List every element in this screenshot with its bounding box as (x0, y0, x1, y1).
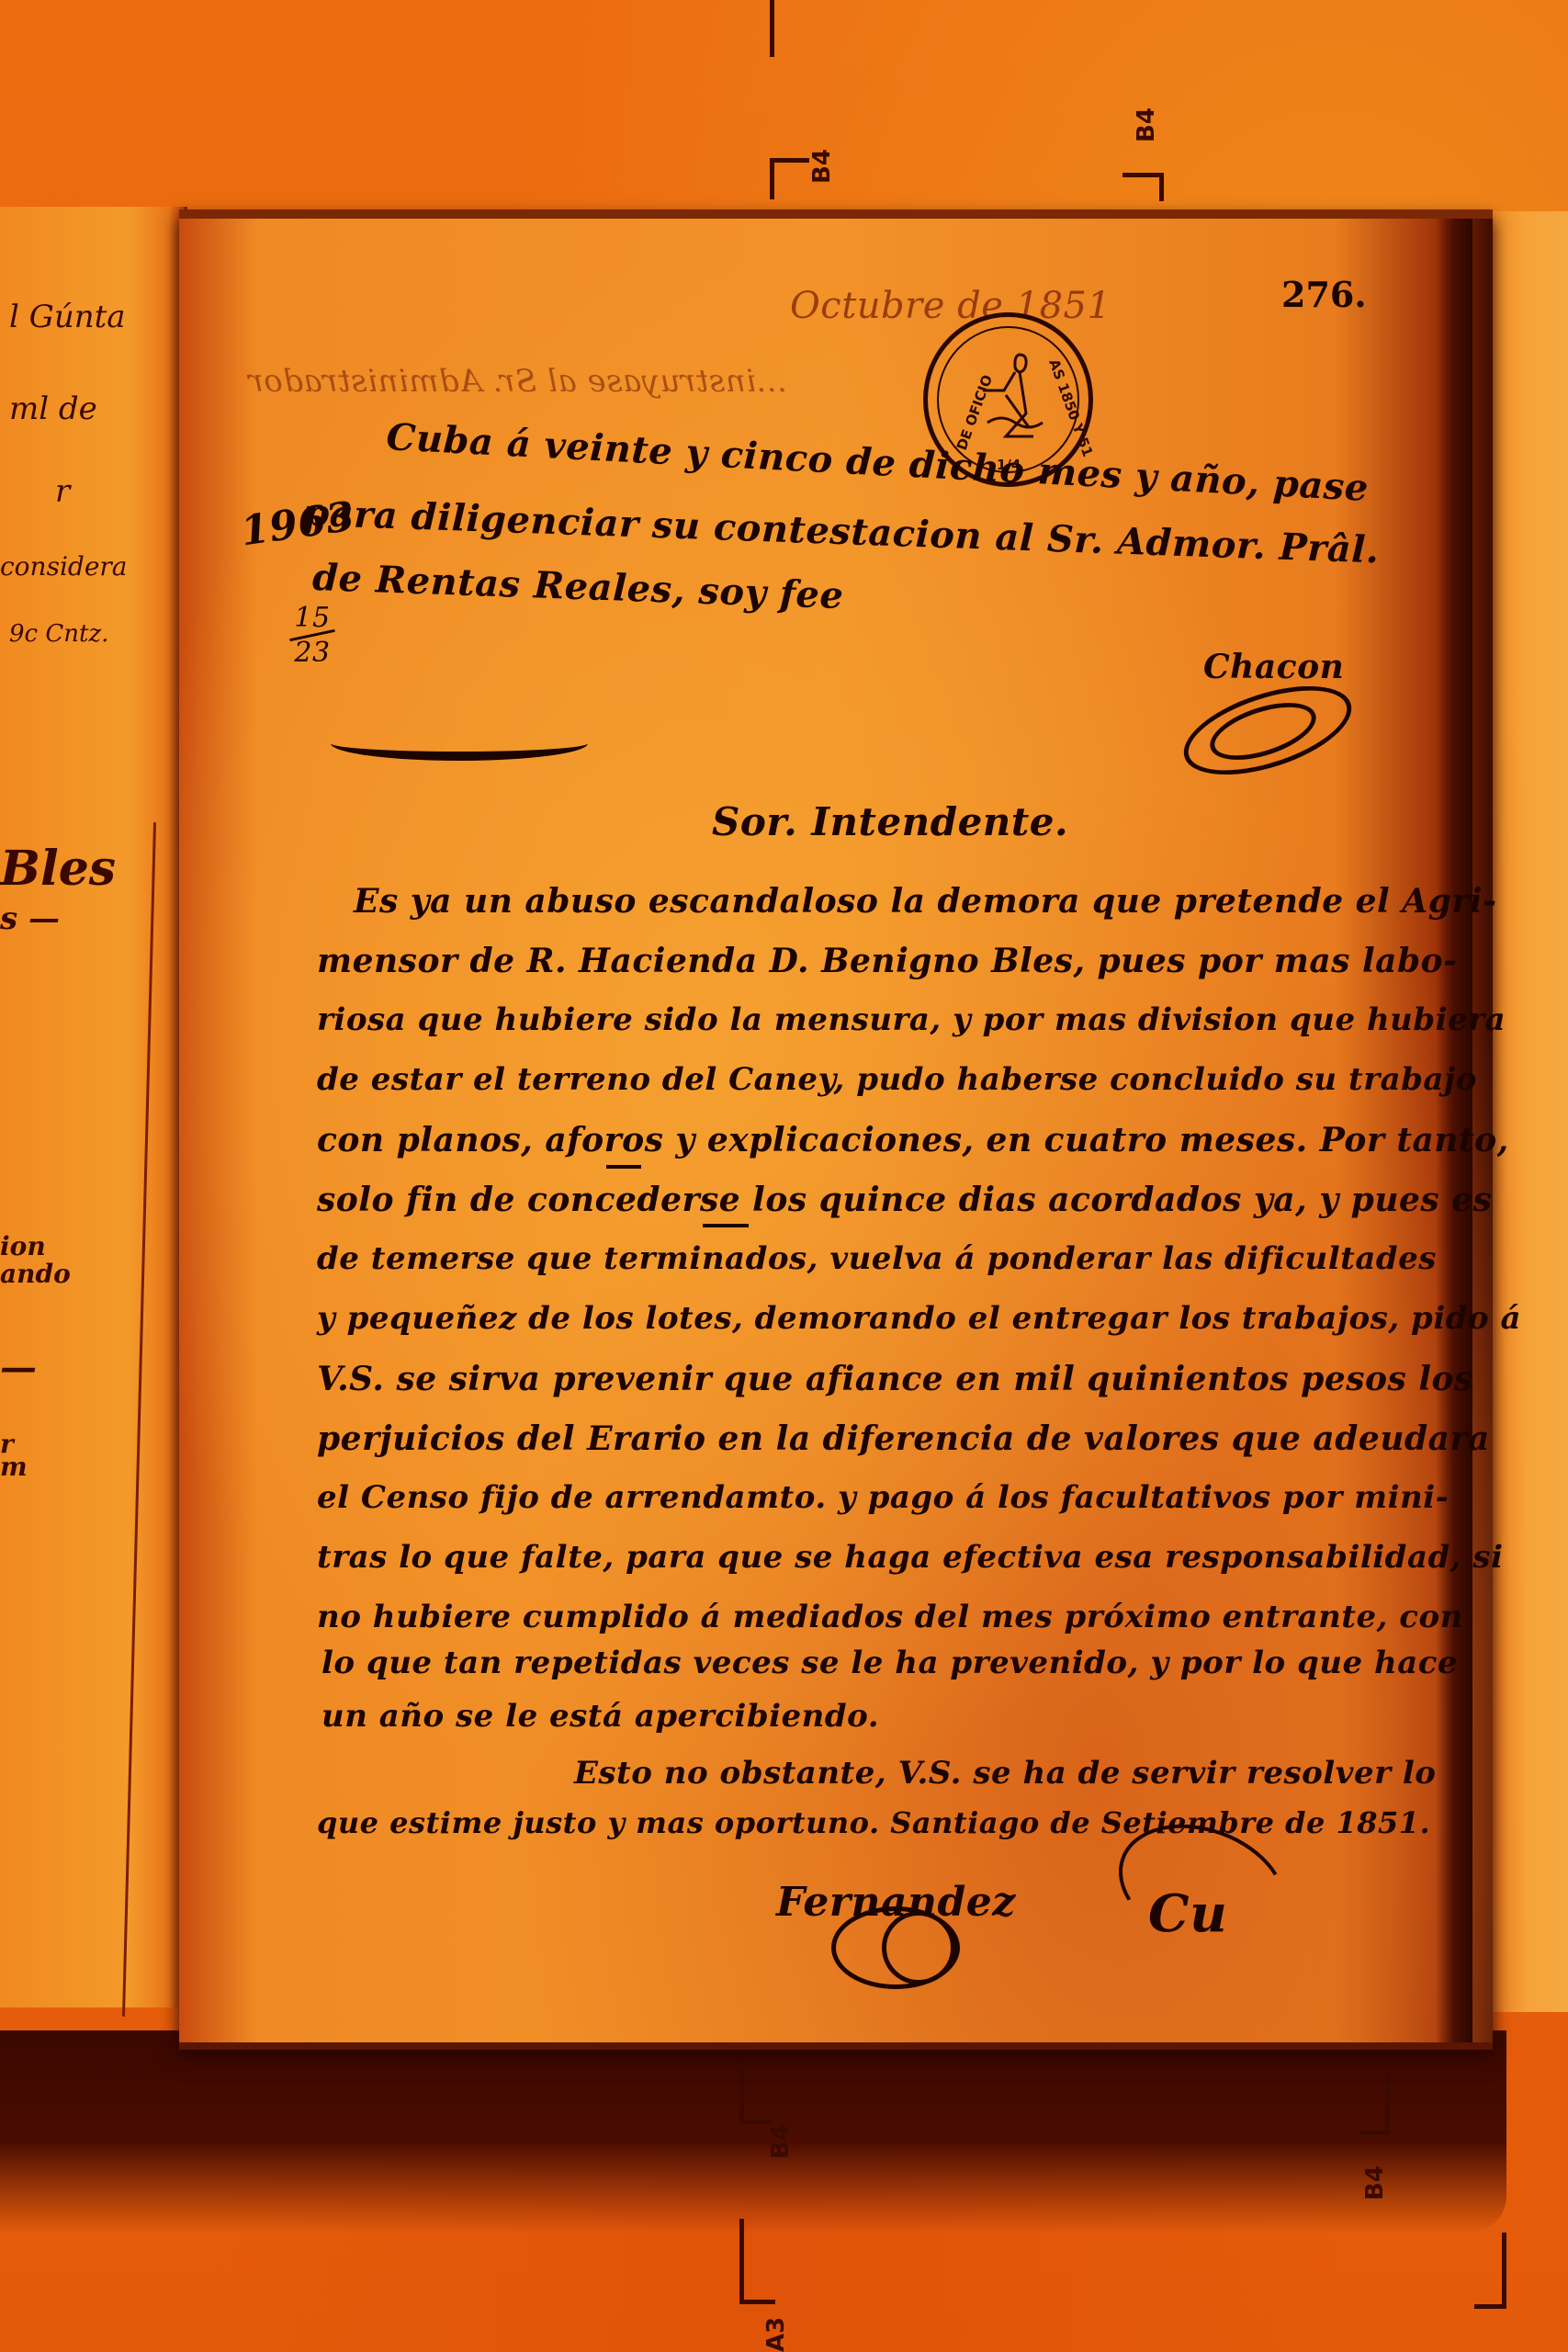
body-line: Es ya un abuso escandaloso la demora que… (354, 882, 1496, 921)
dash-ornament (331, 726, 588, 761)
body-line: lo que tan repetidas veces se le ha prev… (321, 1645, 1458, 1681)
closing-line: Esto no obstante, V.S. se ha de servir r… (574, 1755, 1436, 1792)
left-page-text: m (0, 1452, 28, 1482)
folio-number: 276. (1281, 274, 1367, 315)
left-page-text: Bles (0, 841, 116, 897)
left-page-text: 9c Cntz. (9, 620, 108, 648)
left-page-text: ando (0, 1259, 71, 1289)
body-line: V.S. se sirva prevenir que afiance en mi… (317, 1360, 1473, 1398)
book-shadow (0, 2030, 1506, 2233)
body-line: riosa que hubiere sido la mensura, y por… (317, 1001, 1506, 1038)
body-line: no hubiere cumplido á mediados del mes p… (317, 1599, 1463, 1635)
body-line: tras lo que falte, para que se haga efec… (317, 1539, 1504, 1576)
left-page-text: r (55, 473, 70, 510)
left-page-text: l Gúnta (9, 299, 126, 335)
closing-line: que estime justo y mas oportuno. Santiag… (317, 1805, 1430, 1840)
body-line: solo fin de concederse los quince dias a… (317, 1181, 1492, 1219)
rubric-initial: Cu (1148, 1883, 1227, 1944)
spine-crease (122, 822, 156, 2017)
salutation: Sor. Intendente. (712, 799, 1068, 844)
left-page-text: ion (0, 1231, 46, 1261)
left-page-text: — (0, 1346, 37, 1389)
fraction-note: 15 23 (289, 602, 335, 669)
body-line: perjuicios del Erario en la diferencia d… (317, 1419, 1490, 1458)
signature-flourish (882, 1911, 955, 1984)
body-line: y pequeñez de los lotes, demorando el en… (317, 1300, 1521, 1337)
seated-figure-icon (978, 349, 1047, 446)
body-line: de estar el terreno del Caney, pudo habe… (317, 1061, 1477, 1098)
faint-header-date: Octubre de 1851 (790, 285, 1111, 327)
body-line: de temerse que terminados, vuelva á pond… (317, 1240, 1437, 1277)
body-line: mensor de R. Hacienda D. Benigno Bles, p… (317, 942, 1458, 980)
decree-signature: Chacon (1203, 648, 1344, 686)
left-page-text: ml de (9, 390, 97, 427)
left-page-fragment: l Gúnta ml de r considera 9c Cntz. Bles … (0, 207, 187, 2007)
underline-mark (703, 1224, 749, 1227)
left-page-text: s — (0, 900, 60, 937)
left-page-text: considera (0, 551, 127, 582)
body-line: un año se le está apercibiendo. (321, 1698, 879, 1735)
bleed-through-text: ...instruyase al Sr. Administrador (248, 363, 787, 400)
underline-mark (606, 1165, 641, 1169)
body-line: el Censo fijo de arrendamto. y pago á lo… (317, 1479, 1449, 1516)
body-line: con planos, aforos y explicaciones, en c… (317, 1121, 1509, 1159)
